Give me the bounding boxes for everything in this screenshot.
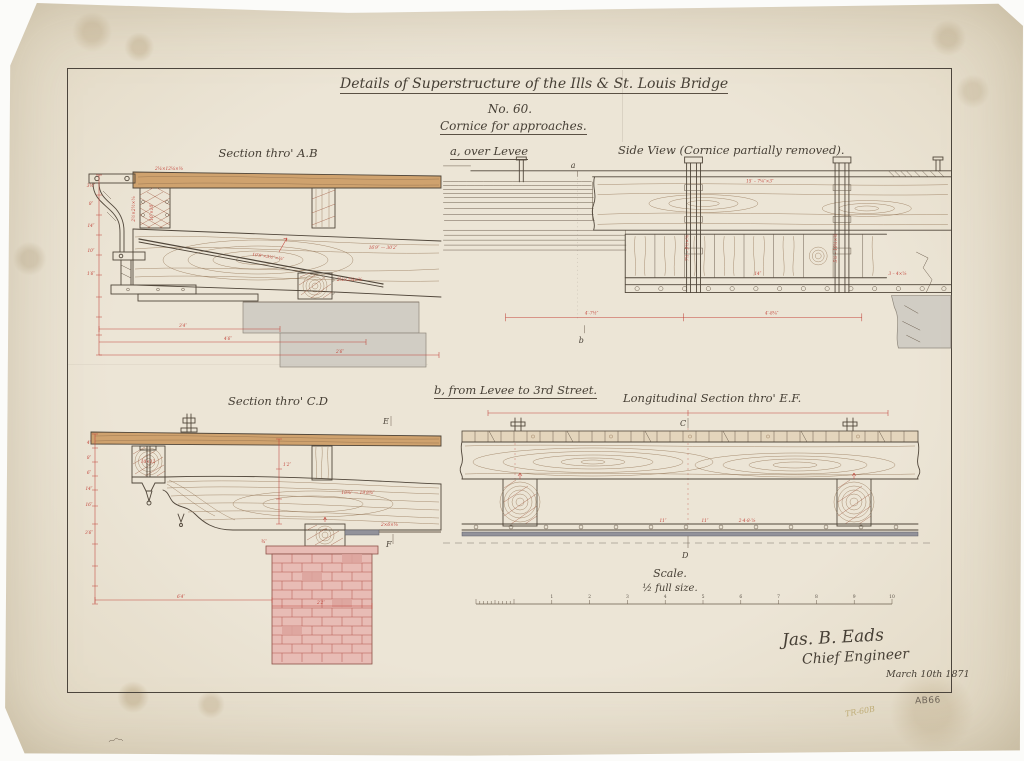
drawing-side-view: a b 15′ – 7¼″×3″ 7½ – 9½×⅝ 5½ – 10½×½ 14… [441,157,951,350]
wood-post [685,157,703,293]
wood-post [312,188,335,228]
svg-text:4′6″: 4′6″ [223,337,232,342]
log-section [500,473,540,526]
signature-date: March 10th 1871 [886,669,970,680]
scanned-drawing-sheet: Details of Superstructure of the Ills & … [0,0,1024,761]
svg-text:16′9″ — 30′2″: 16′9″ — 30′2″ [369,246,398,251]
svg-text:4′-7½″: 4′-7½″ [584,310,599,316]
svg-text:9: 9 [853,594,856,600]
catalog-mark: AB66 [915,696,941,707]
svg-text:2×6×⅜: 2×6×⅜ [380,523,399,528]
svg-text:10×12: 10×12 [141,460,156,465]
floor-beam [460,442,920,479]
stone-pier [891,252,950,348]
svg-text:10″×10″: 10″×10″ [150,203,155,221]
svg-text:C: C [680,419,686,428]
svg-text:4: 4 [664,594,667,600]
drawing-section-ab: 2¼×12¼×⅜ 2½×2½×⅜ 10″×10″ 16′9″ — 30′2″ 1… [83,157,443,372]
svg-text:5½ – 10½×½: 5½ – 10½×½ [833,234,839,263]
svg-text:7: 7 [777,594,780,600]
svg-text:2′6″: 2′6″ [335,350,344,355]
scale-ruler: 1 2 3 4 5 6 7 8 9 10 [468,592,898,612]
svg-text:D: D [681,551,689,560]
svg-text:F: F [385,540,392,549]
deck-plank [91,432,441,446]
drawing-long-section: 11″ 11″ 2·4·8·⅝ C D [443,410,933,562]
svg-text:3′4″: 3′4″ [179,324,187,329]
svg-text:11″: 11″ [701,519,708,524]
svg-text:10: 10 [889,594,895,600]
svg-text:8: 8 [815,594,818,600]
deck-plank [133,172,441,188]
caption-long-section: Longitudinal Section thro' E.F. [623,391,801,405]
svg-text:2′2″: 2′2″ [316,601,325,606]
caption-zone-b-text: b, from Levee to 3rd Street. [434,383,597,399]
svg-text:15′ – 7¼″×3″: 15′ – 7¼″×3″ [746,179,774,185]
svg-text:¾″: ¾″ [261,539,267,545]
main-beam [163,476,441,530]
svg-text:2: 2 [588,594,591,600]
svg-text:7½ – 9½×⅝: 7½ – 9½×⅝ [685,234,691,261]
pencil-scribble [108,736,124,745]
svg-text:14″: 14″ [85,487,92,492]
svg-text:3: 3 [626,594,629,600]
svg-text:4″: 4″ [86,441,92,446]
svg-text:1′2″: 1′2″ [283,463,291,468]
page-subtitle-text: Cornice for approaches. [440,119,587,135]
svg-text:8″: 8″ [87,456,92,461]
caption-zone-a: a, over Levee [450,144,528,158]
svg-text:14″: 14″ [87,224,94,229]
svg-text:18¾″ — 19′8¾″: 18¾″ — 19′8¾″ [341,490,375,496]
svg-text:1: 1 [550,594,553,600]
svg-text:11″: 11″ [659,519,666,524]
svg-text:a: a [571,161,576,170]
svg-text:3½″: 3½″ [87,183,96,189]
sheet-number: No. 60. [440,102,580,116]
svg-text:6: 6 [739,594,742,600]
bolt-top [181,414,197,432]
deck-planking [462,431,918,442]
drawing-section-cd: E F 10×12 18¾″ — 19′8¾″ ¾″ 2×6×⅜ 1′2″ 6′… [83,414,443,664]
masonry-block [243,302,426,367]
molding-lines [443,166,626,250]
svg-text:3 – 4×⅝: 3 – 4×⅝ [889,272,908,277]
svg-text:E: E [382,417,389,426]
page-title-text: Details of Superstructure of the Ills & … [340,76,728,94]
caption-side-view: Side View (Cornice partially removed). [618,143,844,157]
svg-text:b: b [579,336,584,345]
wood-post [140,188,170,228]
svg-text:1′6″: 1′6″ [87,272,95,277]
svg-text:6′4″: 6′4″ [177,595,185,600]
bolt-row [625,278,951,293]
caption-section-cd: Section thro' C.D [203,394,353,408]
svg-text:8″: 8″ [89,202,94,207]
log-section [132,446,165,505]
caption-zone-b: b, from Levee to 3rd Street. [434,383,597,397]
svg-text:2¼×2¼×⅜: 2¼×2¼×⅜ [336,277,363,283]
svg-text:16″: 16″ [85,503,92,508]
top-rail [471,157,951,182]
scale-label: Scale. [630,567,710,580]
svg-text:4′-8⅛″: 4′-8⅛″ [764,311,779,316]
svg-text:2·4·8·⅝: 2·4·8·⅝ [738,519,756,524]
page-title: Details of Superstructure of the Ills & … [340,76,680,92]
log-section [834,473,874,526]
log-on-pier [305,517,345,546]
wood-post [312,446,332,480]
svg-text:14″: 14″ [754,272,761,277]
svg-text:6″: 6″ [87,471,92,476]
svg-text:2¼×12¼×⅜: 2¼×12¼×⅜ [154,166,184,172]
svg-text:2½×2½×⅜: 2½×2½×⅜ [131,196,137,223]
svg-text:3′6″: 3′6″ [85,531,93,536]
svg-text:10″: 10″ [87,249,94,254]
iron-bar [462,532,918,536]
svg-text:5: 5 [702,594,705,600]
page-subtitle: Cornice for approaches. [440,119,580,133]
